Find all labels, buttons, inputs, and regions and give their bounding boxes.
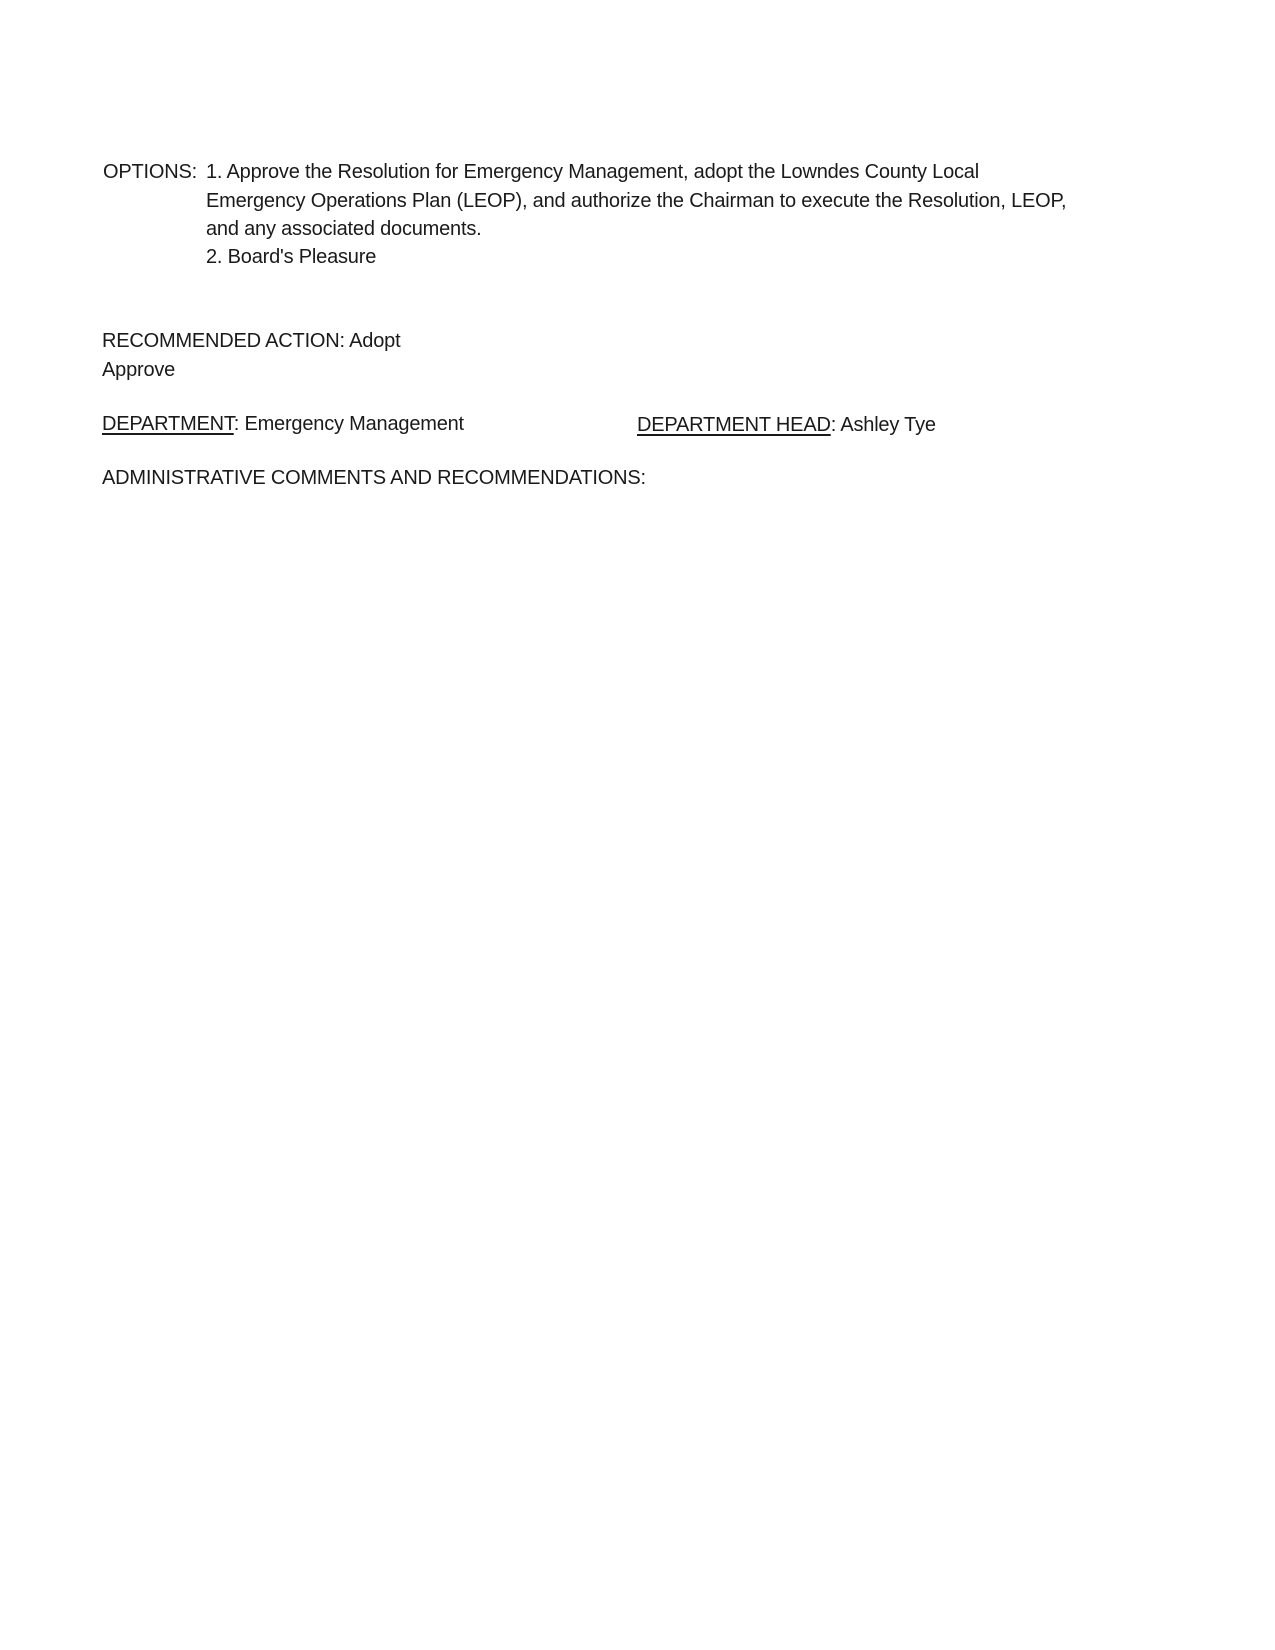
option-2-text: 2. Board's Pleasure (206, 243, 376, 271)
document-page: OPTIONS: 1. Approve the Resolution for E… (0, 0, 1275, 1650)
department-value: Emergency Management (244, 413, 463, 435)
department-label: DEPARTMENT (102, 413, 234, 435)
department-head-field: DEPARTMENT HEAD: Ashley Tye (637, 411, 936, 439)
administrative-comments-heading: ADMINISTRATIVE COMMENTS AND RECOMMENDATI… (102, 464, 646, 492)
department-head-value: Ashley Tye (840, 414, 935, 436)
recommended-action-value: Adopt (349, 330, 400, 352)
option-1-text-line-3: and any associated documents. (206, 215, 482, 243)
option-1-text-line-2: Emergency Operations Plan (LEOP), and au… (206, 187, 1066, 215)
recommended-action-label: RECOMMENDED ACTION: (102, 330, 345, 352)
recommended-action-second-line: Approve (102, 356, 175, 384)
department-head-label: DEPARTMENT HEAD (637, 414, 831, 436)
recommended-action: RECOMMENDED ACTION: Adopt (102, 327, 400, 355)
option-1-text-line-1: 1. Approve the Resolution for Emergency … (206, 158, 979, 186)
department-field: DEPARTMENT: Emergency Management (102, 410, 464, 438)
options-label: OPTIONS: (103, 158, 197, 186)
